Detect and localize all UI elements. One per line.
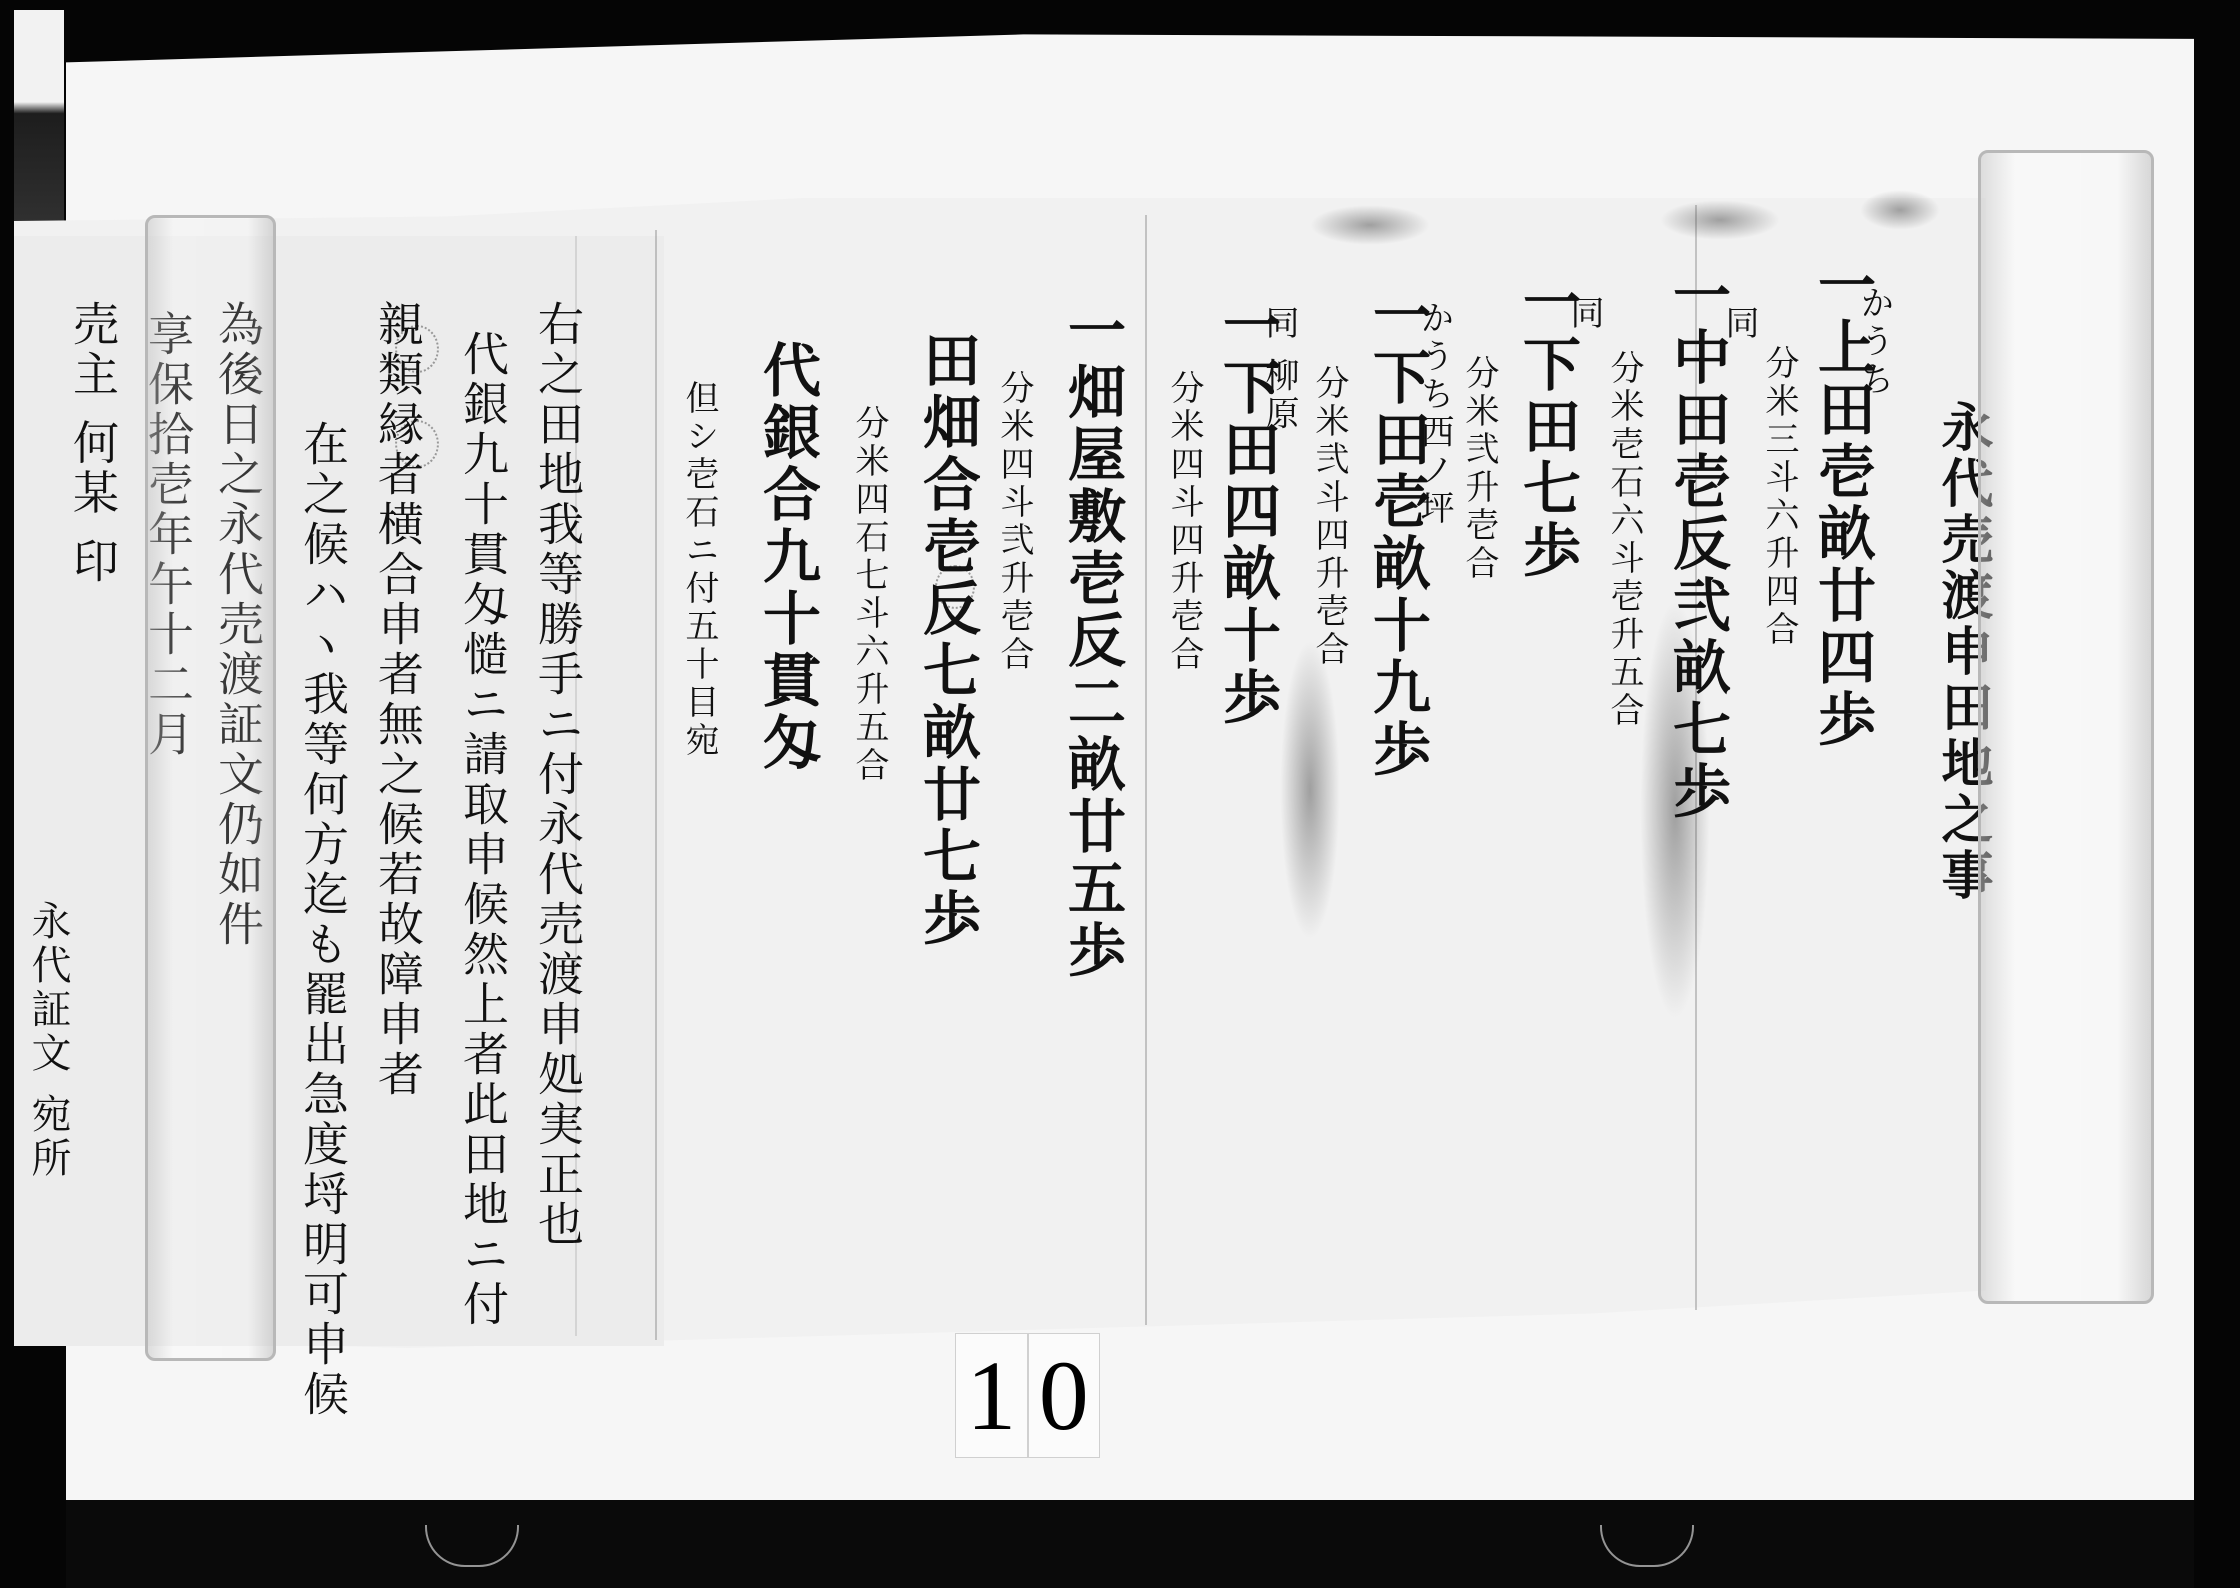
body-line-3: 親類縁者横合申者無之候若故障申者 — [365, 300, 431, 1100]
entry-6-main: 一畑屋敷壱反二畝廿五歩 — [1050, 300, 1134, 982]
entry-5-note: 同 柳原 — [1255, 305, 1304, 434]
water-stain — [1660, 200, 1780, 240]
entry-1-note: かうち — [1850, 285, 1899, 399]
fold-line — [1145, 215, 1147, 1325]
entry-2-note: 同 — [1715, 305, 1764, 343]
frame-number-label: 1 0 — [955, 1333, 1100, 1458]
water-stain — [1860, 190, 1940, 230]
glass-weight-right — [1978, 150, 2154, 1304]
film-edge — [14, 10, 64, 240]
entry-7-main: 田畑合壱反七畝廿七歩 — [905, 330, 989, 950]
board-bottom-edge — [66, 1500, 2194, 1588]
entry-2-main: 一中田壱反弐畝七歩 — [1655, 265, 1739, 823]
entry-4-note: かうち西ノ坪 — [1410, 300, 1459, 528]
entry-3-sub: 分米弐升壱合 — [1455, 355, 1504, 583]
entry-4-sub: 分米弐斗四升壱合 — [1305, 365, 1354, 669]
entry-8-main: 代銀合九十貫匁 — [745, 340, 829, 774]
entry-6-sub: 分米四斗弐升壱合 — [990, 370, 1039, 674]
body-line-7: 売主 何某 印 — [60, 300, 126, 587]
glass-weight-left — [145, 215, 276, 1361]
body-line-8: 永代証文 宛所 — [20, 900, 77, 1181]
entry-8-sub: 但シ壱石ニ付五十目宛 — [675, 380, 724, 760]
fold-line — [655, 230, 657, 1340]
entry-7-sub: 分米四石七斗六升五合 — [845, 405, 894, 785]
entry-2-sub: 分米壱石六斗壱升五合 — [1600, 350, 1649, 730]
water-stain — [1280, 640, 1340, 940]
entry-3-note: 同 — [1560, 295, 1609, 333]
entry-1-sub: 分米三斗六升四合 — [1755, 345, 1804, 649]
frame-number-digit: 1 — [955, 1333, 1028, 1458]
body-line-1: 右之田地我等勝手ニ付永代売渡申処実正也 — [525, 300, 591, 1250]
body-line-4: 在之候ハヽ我等何方迄も罷出急度埒明可申候 — [290, 420, 356, 1420]
entry-5-sub: 分米四斗四升壱合 — [1160, 370, 1209, 674]
body-line-2: 代銀九十貫匁慥ニ請取申候然上者此田地ニ付 — [450, 330, 516, 1330]
water-stain — [1310, 205, 1430, 245]
frame-number-digit: 0 — [1028, 1333, 1101, 1458]
